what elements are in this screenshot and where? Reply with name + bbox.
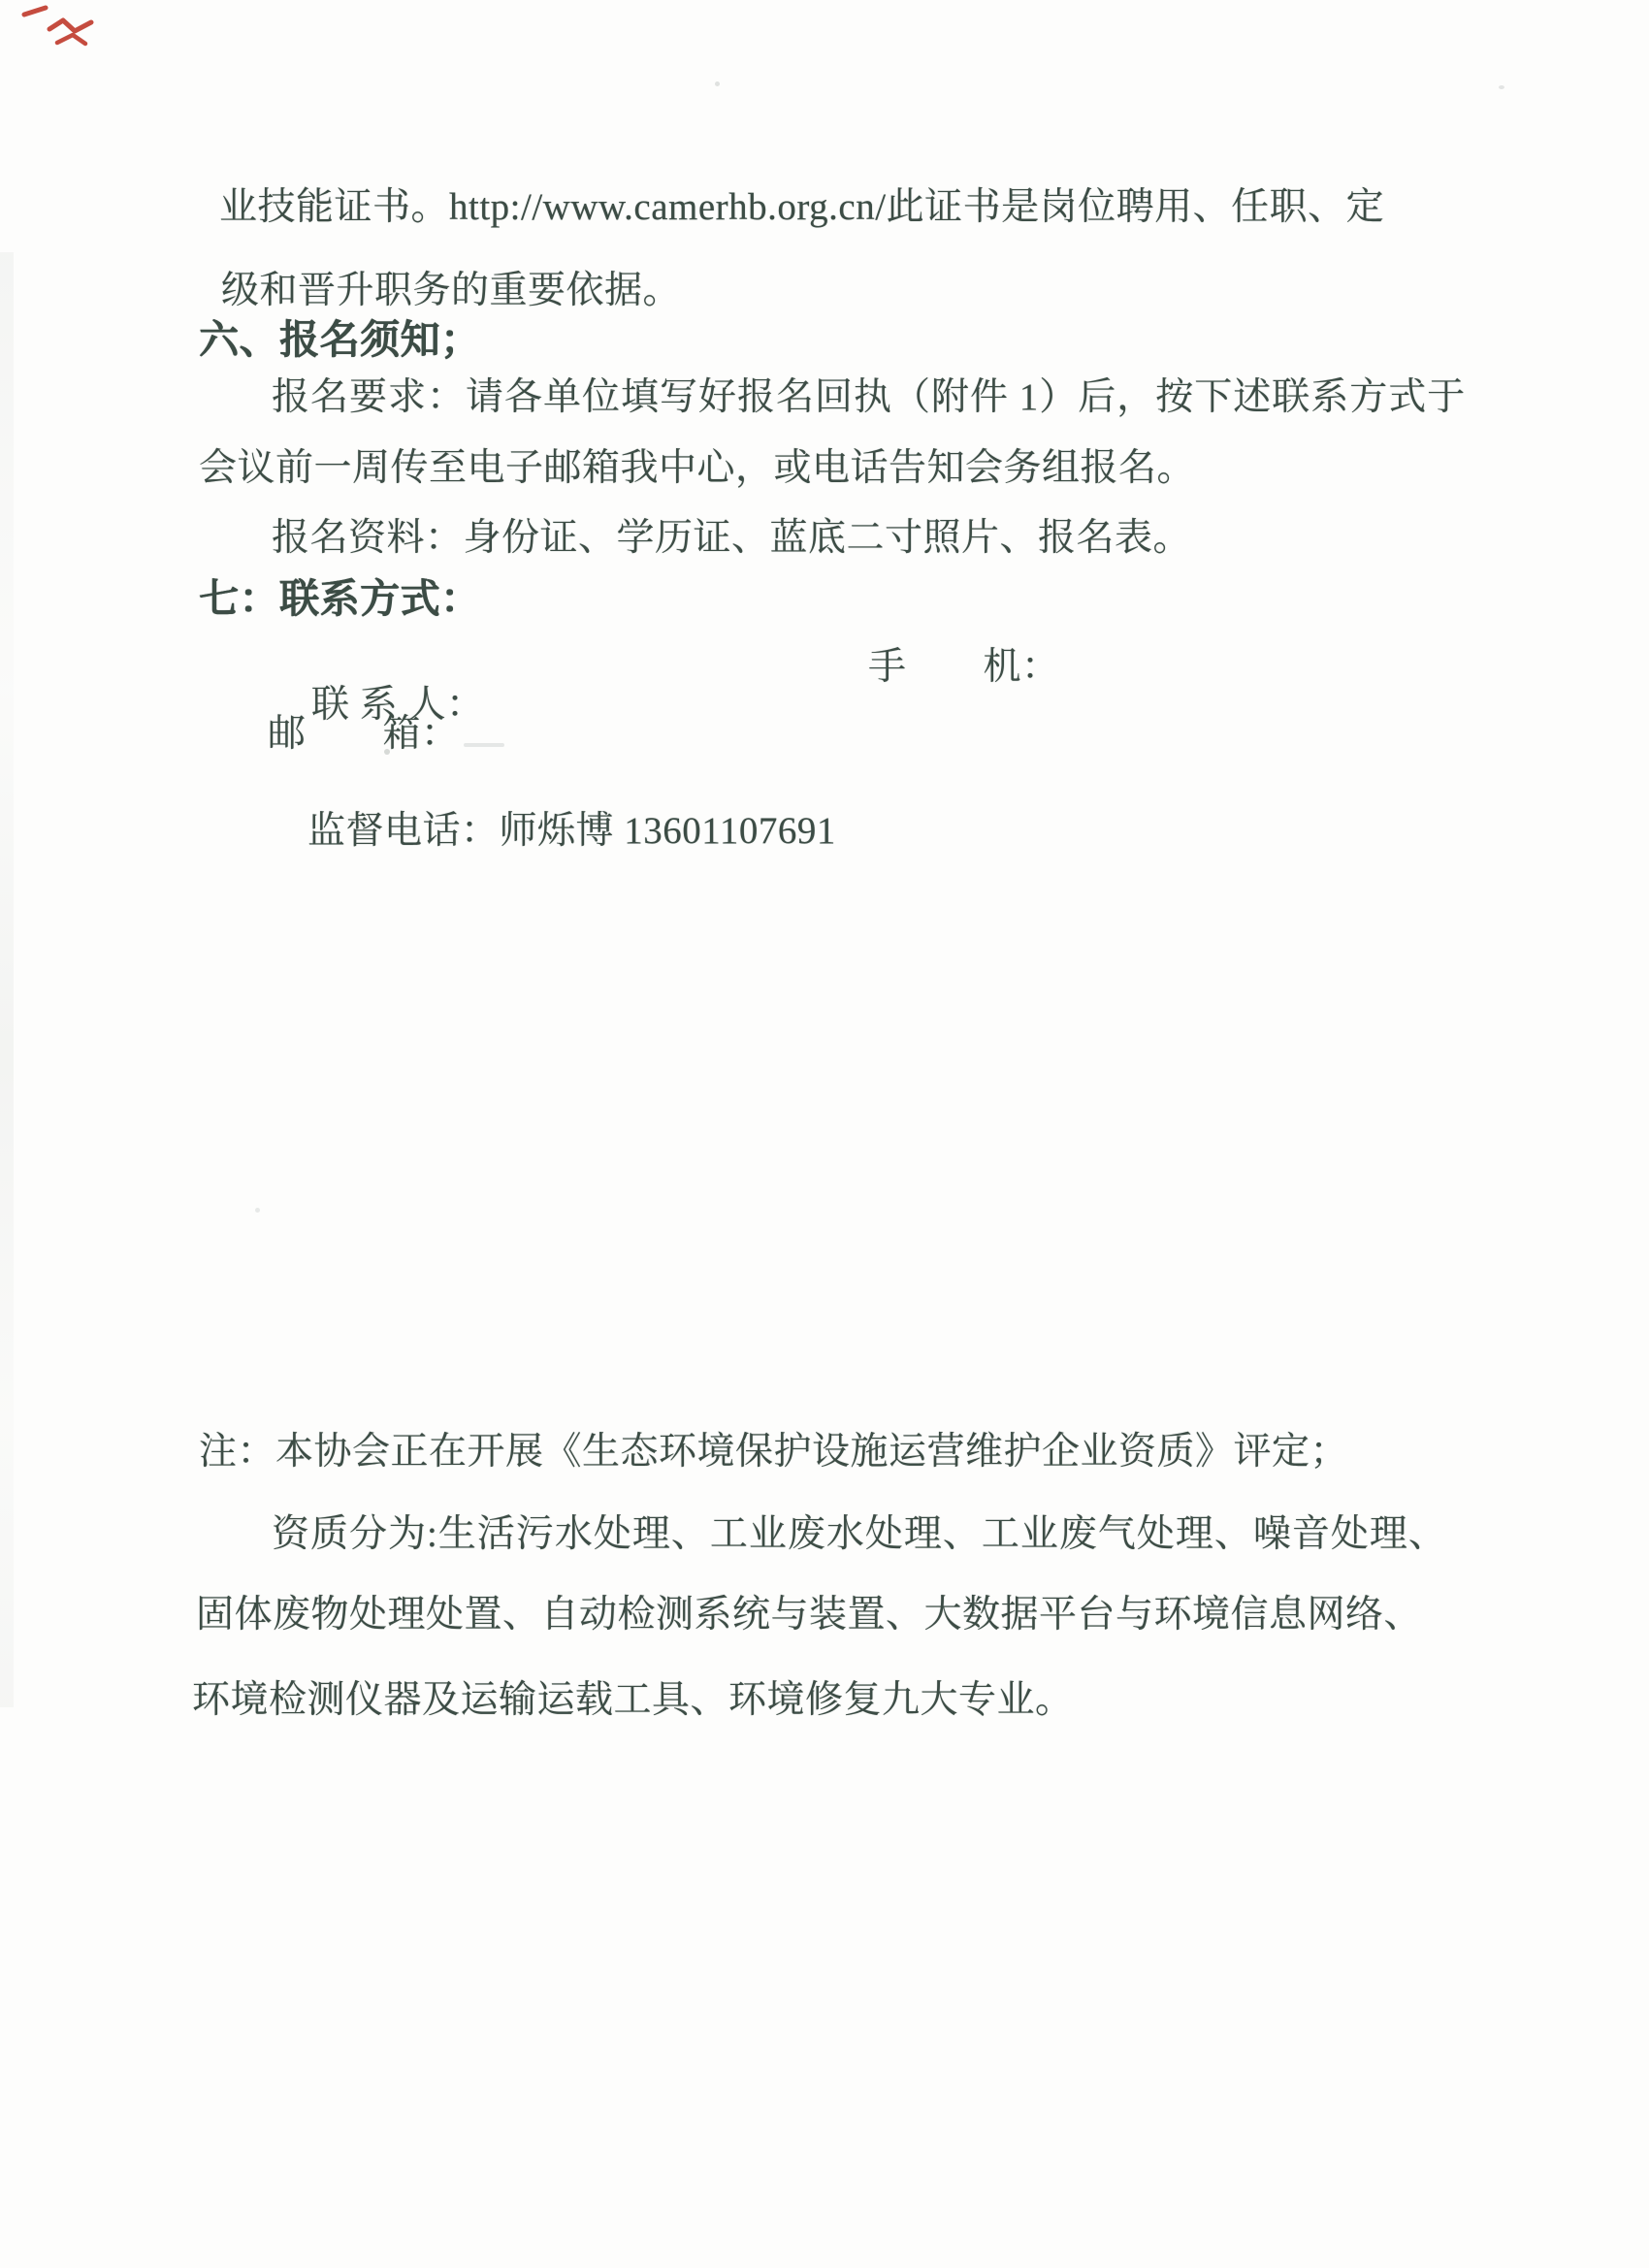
scan-speck bbox=[715, 81, 720, 86]
red-pen-mark-icon bbox=[17, 2, 107, 52]
note-line2: 资质分为:生活污水处理、工业废水处理、工业废气处理、噪音处理、 bbox=[272, 1515, 1447, 1553]
section6-line3: 报名资料：身份证、学历证、蓝底二寸照片、报名表。 bbox=[272, 519, 1191, 557]
scanned-document-page: 业技能证书。http://www.camerhb.org.cn/此证书是岗位聘用… bbox=[0, 0, 1649, 2268]
section6-line1: 报名要求：请各单位填写好报名回执（附件 1）后，按下述联系方式于 bbox=[272, 378, 1466, 416]
email-label-line: 邮 箱： bbox=[268, 715, 460, 753]
section6-heading: 六、报名须知； bbox=[199, 320, 481, 360]
supervisor-name-phone: 师烁博 13601107691 bbox=[500, 810, 836, 852]
note-line3: 固体废物处理处置、自动检测系统与装置、大数据平台与环境信息网络、 bbox=[196, 1596, 1422, 1634]
intro-paragraph-line1: 业技能证书。http://www.camerhb.org.cn/此证书是岗位聘用… bbox=[219, 188, 1384, 226]
supervision-phone-label: 监督电话： bbox=[307, 810, 500, 852]
scan-speck bbox=[255, 1208, 260, 1213]
intro-paragraph-line2: 级和晋升职务的重要依据。 bbox=[221, 272, 681, 309]
scan-speck bbox=[1499, 85, 1504, 89]
scanner-edge-smudge bbox=[0, 252, 14, 1707]
mobile-label: 手 机： bbox=[868, 648, 1060, 686]
note-line1: 注：本协会正在开展《生态环境保护设施运营维护企业资质》评定； bbox=[199, 1433, 1348, 1471]
section6-line2: 会议前一周传至电子邮箱我中心，或电话告知会务组报名。 bbox=[199, 449, 1195, 487]
section7-heading: 七：联系方式： bbox=[199, 579, 481, 619]
note-line4: 环境检测仪器及运输运载工具、环境修复九大专业。 bbox=[192, 1681, 1074, 1719]
supervision-phone-line: 监督电话：师烁博 13601107691 bbox=[268, 774, 836, 888]
